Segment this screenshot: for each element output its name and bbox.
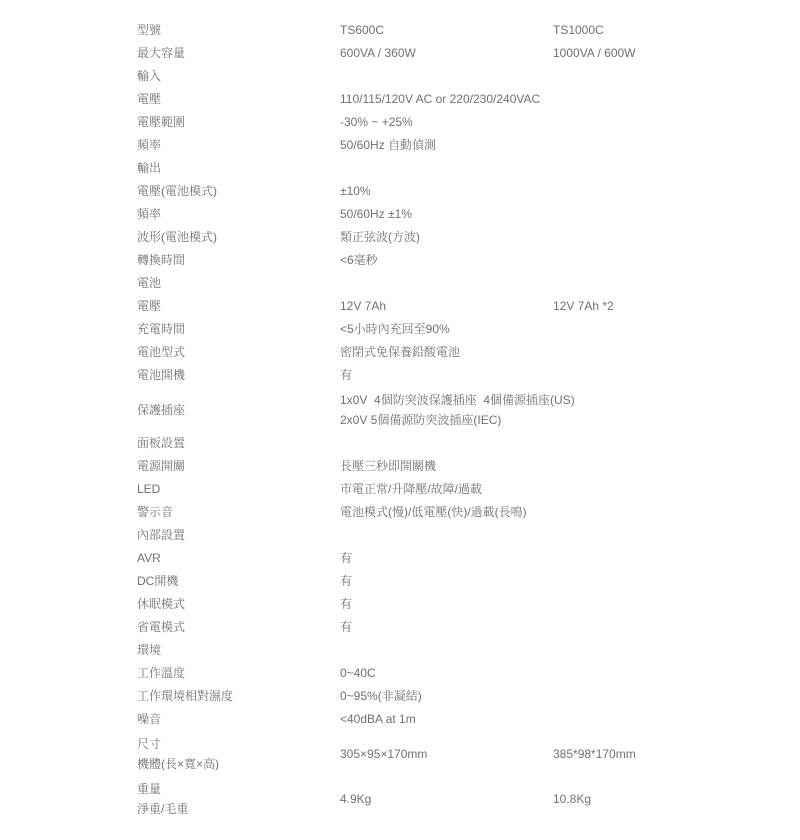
spec-value-ts1000c	[553, 180, 793, 203]
table-row: 尺寸機體(長×寬×高)305×95×170mm385*98*170mm	[137, 731, 793, 776]
cell-text: 型號	[137, 21, 340, 40]
spec-value-ts1000c	[553, 272, 793, 295]
cell-text: 電池模式(慢)/低電壓(快)/過載(長鳴)	[340, 503, 553, 522]
spec-value-ts1000c	[553, 662, 793, 685]
cell-text: 50/60Hz ±1%	[340, 205, 553, 224]
section-row: 輸入	[137, 65, 793, 88]
spec-value-ts600c: 有	[340, 593, 553, 616]
table-row: 重量淨重/毛重4.9Kg10.8Kg	[137, 776, 793, 821]
cell-text: 385*98*170mm	[553, 744, 793, 764]
section-row: 電池	[137, 272, 793, 295]
spec-value-ts600c: ±10%	[340, 180, 553, 203]
table-row: 電壓12V 7Ah12V 7Ah *2	[137, 295, 793, 318]
cell-text: 0~95%(非凝結)	[340, 687, 553, 706]
spec-value-ts600c: 有	[340, 364, 553, 387]
table-row: 電壓(電池模式)±10%	[137, 180, 793, 203]
spec-label: 尺寸機體(長×寬×高)	[137, 731, 340, 776]
table-row: 工作溫度0~40C	[137, 662, 793, 685]
spec-value-ts600c: 長壓三秒即開關機	[340, 455, 553, 478]
spec-value-ts1000c	[553, 432, 793, 455]
cell-text: 輸出	[137, 159, 340, 178]
spec-value-ts1000c	[553, 524, 793, 547]
spec-value-ts600c	[340, 272, 553, 295]
spec-value-ts600c: 有	[340, 616, 553, 639]
spec-label: 電壓(電池模式)	[137, 180, 340, 203]
table-row: AVR有	[137, 547, 793, 570]
cell-text: 有	[340, 366, 553, 385]
cell-text: DC開機	[137, 572, 340, 591]
cell-text: 重量	[137, 779, 340, 799]
cell-text: 保護插座	[137, 400, 340, 420]
spec-value-ts600c: <6毫秒	[340, 249, 553, 272]
table-row: LED市電正常/升降壓/故障/過載	[137, 478, 793, 501]
cell-text: 市電正常/升降壓/故障/過載	[340, 480, 553, 499]
table-row: 最大容量600VA / 360W1000VA / 600W	[137, 42, 793, 65]
spec-value-ts1000c	[553, 157, 793, 180]
spec-value-ts1000c	[553, 639, 793, 662]
cell-text: 最大容量	[137, 44, 340, 63]
spec-label: DC開機	[137, 570, 340, 593]
spec-value-ts1000c	[553, 547, 793, 570]
spec-label: 充電時間	[137, 318, 340, 341]
cell-text: 110/115/120V AC or 220/230/240VAC	[340, 90, 553, 109]
spec-label: 波形(電池模式)	[137, 226, 340, 249]
table-row: 電源開關長壓三秒即開關機	[137, 455, 793, 478]
cell-text: 電池開機	[137, 366, 340, 385]
spec-label: 電源開關	[137, 455, 340, 478]
spec-table-body: 型號TS600CTS1000C最大容量600VA / 360W1000VA / …	[137, 19, 793, 821]
table-row: 休眠模式有	[137, 593, 793, 616]
spec-label: 電壓	[137, 88, 340, 111]
cell-text: 電壓範圍	[137, 113, 340, 132]
spec-value-ts1000c	[553, 501, 793, 524]
cell-text: 1000VA / 600W	[553, 44, 793, 63]
cell-text: 輸入	[137, 67, 340, 86]
cell-text: 類正弦波(方波)	[340, 228, 553, 247]
table-row: 頻率50/60Hz 自動偵測	[137, 134, 793, 157]
section-label: 輸入	[137, 65, 340, 88]
section-label: 內部設置	[137, 524, 340, 547]
spec-value-ts600c: TS600C	[340, 19, 553, 42]
cell-text: 電池	[137, 274, 340, 293]
table-row: 保護插座1x0V 4個防突波保護插座 4個備源插座(US)2x0V 5個備源防突…	[137, 387, 793, 432]
spec-value-ts1000c: 385*98*170mm	[553, 731, 793, 776]
cell-text: 305×95×170mm	[340, 744, 553, 764]
table-row: 電壓110/115/120V AC or 220/230/240VAC	[137, 88, 793, 111]
cell-text: 600VA / 360W	[340, 44, 553, 63]
spec-value-ts600c: 有	[340, 570, 553, 593]
cell-text: -30% ~ +25%	[340, 113, 553, 132]
spec-value-ts1000c	[553, 364, 793, 387]
spec-label: 休眠模式	[137, 593, 340, 616]
cell-text: 工作環境相對濕度	[137, 687, 340, 706]
cell-text: 噪音	[137, 710, 340, 729]
table-row: 充電時間<5小時內充回至90%	[137, 318, 793, 341]
table-row: 波形(電池模式)類正弦波(方波)	[137, 226, 793, 249]
spec-value-ts1000c	[553, 455, 793, 478]
spec-value-ts1000c	[553, 226, 793, 249]
spec-value-ts600c: 市電正常/升降壓/故障/過載	[340, 478, 553, 501]
spec-value-ts600c: <40dBA at 1m	[340, 708, 553, 731]
spec-label: 頻率	[137, 203, 340, 226]
cell-text: 內部設置	[137, 526, 340, 545]
spec-value-ts600c: 密閉式免保養鉛酸電池	[340, 341, 553, 364]
section-row: 面板設置	[137, 432, 793, 455]
cell-text: 淨重/毛重	[137, 799, 340, 819]
spec-value-ts1000c	[553, 616, 793, 639]
spec-label: 最大容量	[137, 42, 340, 65]
spec-value-ts600c	[340, 524, 553, 547]
spec-value-ts1000c	[553, 88, 793, 111]
cell-text: 電源開關	[137, 457, 340, 476]
spec-value-ts600c: <5小時內充回至90%	[340, 318, 553, 341]
cell-text: 有	[340, 618, 553, 637]
spec-value-ts600c: 600VA / 360W	[340, 42, 553, 65]
spec-value-ts600c	[340, 157, 553, 180]
section-row: 輸出	[137, 157, 793, 180]
section-label: 電池	[137, 272, 340, 295]
cell-text: 長壓三秒即開關機	[340, 457, 553, 476]
cell-text: 電壓(電池模式)	[137, 182, 340, 201]
spec-value-ts1000c	[553, 708, 793, 731]
cell-text: 電池型式	[137, 343, 340, 362]
cell-text: 電壓	[137, 90, 340, 109]
spec-value-ts600c: 1x0V 4個防突波保護插座 4個備源插座(US)2x0V 5個備源防突波插座(…	[340, 387, 553, 432]
spec-value-ts600c: 0~95%(非凝結)	[340, 685, 553, 708]
spec-value-ts1000c: 1000VA / 600W	[553, 42, 793, 65]
cell-text: 12V 7Ah *2	[553, 297, 793, 316]
cell-text: 有	[340, 572, 553, 591]
spec-value-ts1000c	[553, 570, 793, 593]
cell-text: TS600C	[340, 21, 553, 40]
cell-text: 波形(電池模式)	[137, 228, 340, 247]
spec-value-ts600c: 電池模式(慢)/低電壓(快)/過載(長鳴)	[340, 501, 553, 524]
cell-text: 有	[340, 549, 553, 568]
cell-text: 頻率	[137, 136, 340, 155]
spec-value-ts1000c	[553, 203, 793, 226]
spec-value-ts600c	[340, 65, 553, 88]
spec-value-ts1000c: TS1000C	[553, 19, 793, 42]
spec-value-ts600c: 110/115/120V AC or 220/230/240VAC	[340, 88, 553, 111]
cell-text: 休眠模式	[137, 595, 340, 614]
section-label: 環境	[137, 639, 340, 662]
cell-text: 尺寸	[137, 734, 340, 754]
spec-label: 重量淨重/毛重	[137, 776, 340, 821]
spec-label: AVR	[137, 547, 340, 570]
spec-value-ts600c	[340, 432, 553, 455]
spec-label: 警示音	[137, 501, 340, 524]
table-row: 工作環境相對濕度0~95%(非凝結)	[137, 685, 793, 708]
cell-text: 充電時間	[137, 320, 340, 339]
table-row: 省電模式有	[137, 616, 793, 639]
table-row: 型號TS600CTS1000C	[137, 19, 793, 42]
spec-value-ts1000c	[553, 111, 793, 134]
cell-text: 0~40C	[340, 664, 553, 683]
spec-label: 保護插座	[137, 387, 340, 432]
cell-text: 工作溫度	[137, 664, 340, 683]
spec-value-ts1000c	[553, 318, 793, 341]
cell-text: LED	[137, 480, 340, 499]
section-row: 環境	[137, 639, 793, 662]
cell-text: AVR	[137, 549, 340, 568]
cell-text: 10.8Kg	[553, 789, 793, 809]
spec-value-ts600c: 有	[340, 547, 553, 570]
cell-text: 轉換時間	[137, 251, 340, 270]
spec-value-ts1000c	[553, 593, 793, 616]
spec-label: 轉換時間	[137, 249, 340, 272]
section-row: 內部設置	[137, 524, 793, 547]
cell-text: TS1000C	[553, 21, 793, 40]
spec-table: 型號TS600CTS1000C最大容量600VA / 360W1000VA / …	[137, 19, 793, 821]
spec-label: 噪音	[137, 708, 340, 731]
spec-value-ts1000c	[553, 65, 793, 88]
cell-text: 4.9Kg	[340, 789, 553, 809]
cell-text: 有	[340, 595, 553, 614]
table-row: 轉換時間<6毫秒	[137, 249, 793, 272]
section-label: 輸出	[137, 157, 340, 180]
cell-text: 12V 7Ah	[340, 297, 553, 316]
cell-text: <6毫秒	[340, 251, 553, 270]
spec-label: 電壓	[137, 295, 340, 318]
spec-value-ts600c: -30% ~ +25%	[340, 111, 553, 134]
spec-value-ts1000c: 12V 7Ah *2	[553, 295, 793, 318]
cell-text: 機體(長×寬×高)	[137, 754, 340, 774]
table-row: 頻率50/60Hz ±1%	[137, 203, 793, 226]
spec-value-ts600c: 50/60Hz ±1%	[340, 203, 553, 226]
spec-label: LED	[137, 478, 340, 501]
spec-value-ts600c: 50/60Hz 自動偵測	[340, 134, 553, 157]
table-row: 警示音電池模式(慢)/低電壓(快)/過載(長鳴)	[137, 501, 793, 524]
spec-label: 電池開機	[137, 364, 340, 387]
cell-text: 密閉式免保養鉛酸電池	[340, 343, 553, 362]
spec-value-ts600c: 305×95×170mm	[340, 731, 553, 776]
spec-value-ts1000c: 10.8Kg	[553, 776, 793, 821]
spec-value-ts1000c	[553, 387, 793, 432]
cell-text: 面板設置	[137, 434, 340, 453]
cell-text: 環境	[137, 641, 340, 660]
spec-label: 工作溫度	[137, 662, 340, 685]
spec-value-ts600c: 12V 7Ah	[340, 295, 553, 318]
spec-value-ts1000c	[553, 249, 793, 272]
spec-label: 工作環境相對濕度	[137, 685, 340, 708]
table-row: 噪音<40dBA at 1m	[137, 708, 793, 731]
spec-value-ts1000c	[553, 478, 793, 501]
table-row: 電池開機有	[137, 364, 793, 387]
cell-text: 50/60Hz 自動偵測	[340, 136, 553, 155]
spec-label: 頻率	[137, 134, 340, 157]
spec-value-ts1000c	[553, 134, 793, 157]
spec-value-ts600c	[340, 639, 553, 662]
spec-value-ts1000c	[553, 685, 793, 708]
cell-text: 省電模式	[137, 618, 340, 637]
cell-text: <40dBA at 1m	[340, 710, 553, 729]
cell-text: 1x0V 4個防突波保護插座 4個備源插座(US)	[340, 390, 553, 410]
spec-value-ts600c: 類正弦波(方波)	[340, 226, 553, 249]
table-row: 電壓範圍-30% ~ +25%	[137, 111, 793, 134]
table-row: 電池型式密閉式免保養鉛酸電池	[137, 341, 793, 364]
cell-text: 2x0V 5個備源防突波插座(IEC)	[340, 410, 553, 430]
spec-label: 電壓範圍	[137, 111, 340, 134]
spec-label: 電池型式	[137, 341, 340, 364]
spec-label: 省電模式	[137, 616, 340, 639]
cell-text: 電壓	[137, 297, 340, 316]
cell-text: ±10%	[340, 182, 553, 201]
spec-label: 型號	[137, 19, 340, 42]
cell-text: 警示音	[137, 503, 340, 522]
section-label: 面板設置	[137, 432, 340, 455]
spec-value-ts600c: 4.9Kg	[340, 776, 553, 821]
table-row: DC開機有	[137, 570, 793, 593]
cell-text: <5小時內充回至90%	[340, 320, 553, 339]
spec-value-ts600c: 0~40C	[340, 662, 553, 685]
cell-text: 頻率	[137, 205, 340, 224]
spec-value-ts1000c	[553, 341, 793, 364]
